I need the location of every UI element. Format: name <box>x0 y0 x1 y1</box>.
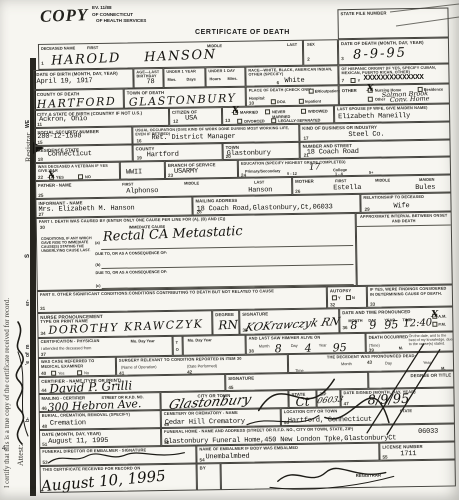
mo-day-year-label-2: Mo. Day Year <box>188 337 212 342</box>
license-number-box: LICENSE NUMBER 55 1711 <box>379 441 455 460</box>
pronounced-year-value: 95 <box>384 318 399 332</box>
education-value: 17 <box>309 162 321 172</box>
nurse-degree-box: DEGREE RN <box>212 310 239 335</box>
hispanic-y-label: Y <box>358 78 361 83</box>
page-title: CERTIFICATE OF DEATH <box>195 29 290 36</box>
nurse-degree-value: RN <box>218 318 238 333</box>
interval-box: APPROXIMATE INTERVAL BETWEEN ONSET AND D… <box>356 211 453 285</box>
race-box: RACE—White, Black, American Indian, Othe… <box>245 65 338 86</box>
autopsy-n-checkbox <box>346 295 351 300</box>
inpatient-checkbox <box>299 99 304 104</box>
field-number-16: 16 <box>136 138 141 143</box>
received-for-record-box: THIS CERTIFICATE RECEIVED FOR RECORD ON … <box>40 464 197 493</box>
referred-yes-checkbox <box>51 371 56 376</box>
burial-box: BURIAL, CREMATION, REMOVAL (Specify) 48 … <box>39 410 161 430</box>
cause-a-value: Rectal CA Metastatic <box>103 224 243 245</box>
veteran-no-label: NO <box>85 174 91 179</box>
date-time-pronounced-box: DATE AND TIME PRONOUNCED 36 MONTH DAY YE… <box>339 306 453 333</box>
cause-a-line <box>101 245 353 250</box>
field-number-6: 6 <box>277 80 280 85</box>
father-last-label: LAST <box>254 179 264 184</box>
field-number-30: 30 <box>40 225 45 230</box>
residence-town-value: Glastonbury <box>227 149 271 158</box>
widowed-label: WIDOWED <box>308 108 328 113</box>
days-label: Days <box>186 76 195 81</box>
cause-of-death-box: PART I. DEATH WAS CAUSED BY (ENTER ONLY … <box>36 213 357 291</box>
due-to-2-label: DUE TO, OR AS A CONSEQUENCE OF: <box>95 269 167 275</box>
nurse-signature-box: SIGNATURE 35 KOKrawczyk RN <box>239 308 339 335</box>
father-first-value: Alphonso <box>126 187 158 196</box>
residence-street-value: 18 Coach Road <box>307 148 359 157</box>
father-last-value: Hanson <box>248 186 272 194</box>
pronounced-time-value: 12:40 <box>403 317 432 329</box>
to-t-label: T <box>176 340 178 345</box>
am-checkbox: X <box>432 314 437 319</box>
field-number-40: 40 <box>41 371 46 376</box>
other-other-checkbox <box>368 97 373 102</box>
field-number-37: 37 <box>41 352 46 357</box>
cause-b-label: (b) <box>95 262 100 267</box>
field-number-34: 34 <box>40 331 45 336</box>
other-label: OTHER <box>342 88 357 93</box>
first-label: FIRST <box>87 45 98 50</box>
doa-label: DOA <box>277 99 286 104</box>
veteran-yes-label: YES <box>56 175 64 180</box>
cause-b-line <box>101 264 353 269</box>
part1-label: PART I. DEATH WAS CAUSED BY (ENTER ONLY … <box>39 215 353 225</box>
widowed-checkbox <box>301 109 306 114</box>
field-number-25: 25 <box>38 193 43 198</box>
field-number-54: 54 <box>199 457 204 462</box>
divorced-checkbox <box>237 119 242 124</box>
informant-box: INFORMANT - NAME 27 Mrs. Elizabeth M. Ha… <box>35 197 192 218</box>
informant-mailing-value: 18 Coach Road,Glastonbury,Ct,06033 <box>196 203 332 213</box>
margin-mark-6: 'e <box>25 361 31 365</box>
pm-label: P.M. <box>438 322 446 327</box>
to-column: T O <box>173 336 183 356</box>
residence-state-box: RESIDENCE STATE 18 Connecticut <box>35 144 133 163</box>
informant-value: Mrs. Elizabeth M. Hanson <box>38 204 134 214</box>
disposition-date-label: DATE (MONTH, DAY, YEAR) <box>42 430 158 437</box>
conditions-label: CONDITIONS, IF ANY WHICH GAVE RISE TO IM… <box>41 236 93 253</box>
due-to-1-label: DUE TO, OR AS A CONSEQUENCE OF: <box>95 250 167 256</box>
nursing-home-x-mark: X <box>367 84 374 94</box>
received-by-box: BY <box>197 463 221 490</box>
autopsy-n-label: N <box>352 295 355 300</box>
under-1-day-box: UNDER 1 DAY Hours Mins. <box>205 67 245 88</box>
autopsy-y-checkbox <box>332 295 337 300</box>
residence-county-value: Hartford <box>147 151 179 160</box>
education-label: EDUCATION (Specify highest grade complet… <box>241 159 448 167</box>
mother-maiden-label: MAIDEN <box>419 177 434 182</box>
embalmer-value: Unembalmbed <box>205 453 249 462</box>
father-name-label: FATHER - NAME <box>38 182 71 188</box>
veteran-yes-checkbox: X <box>49 175 54 180</box>
branch-of-service-value: USARMY <box>174 167 198 175</box>
county-of-death-box: COUNTY OF DEATH HARTFORD <box>34 89 124 110</box>
deceased-name-label: DECEASED NAME <box>41 45 75 51</box>
certifier-signature-scribble <box>226 335 459 439</box>
married-x-mark: X <box>232 106 239 116</box>
field-number-46: 46 <box>42 406 47 411</box>
citizen-of-box: CITIZEN OF 12 USA <box>169 107 222 126</box>
relationship-value: Wife <box>393 202 409 210</box>
branch-of-service-box: BRANCH OF SERVICE 23 USARMY <box>165 160 238 179</box>
father-first-label: FIRST <box>122 181 133 186</box>
referred-to-me-label: WAS CASE REFERRED TO MEDICAL EXAMINER <box>41 359 113 370</box>
field-number-22: 22 <box>38 175 43 180</box>
conv-home-handwritten: Conv. Home <box>390 94 430 104</box>
date-of-birth-label: DATE OF BIRTH (Month, Day, Year) <box>36 70 130 77</box>
revision-label: EV. 11/88 <box>92 5 112 10</box>
inpatient-label: Inpatient <box>305 99 321 104</box>
other-other-label: Other <box>375 96 385 101</box>
referred-no-label: No <box>84 370 89 375</box>
to-o-label: O <box>176 347 179 352</box>
margin-mark-8: 4, <box>2 446 7 452</box>
referred-no-checkbox <box>77 370 82 375</box>
minutes-label: Mins. <box>227 76 237 81</box>
field-number-18: 18 <box>38 157 43 162</box>
part2-label: PART II. OTHER SIGNIFICANT CONDITIONS:CO… <box>40 288 324 297</box>
registrar-signature-scribble <box>266 463 406 491</box>
grade-0-12-label: 0 - 12 <box>287 171 297 176</box>
married-checkbox: X <box>233 110 238 115</box>
divorced-label: DIVORCED <box>244 118 265 123</box>
last-spouse-label: LAST SPOUSE (if wife, give maiden name) <box>337 106 447 112</box>
sex-box: SEX 2 <box>303 39 338 66</box>
operation-name-label: (Name of Operation) <box>121 364 157 370</box>
town-of-death-box: TOWN OF DEATH GLASTONBURY <box>124 87 246 109</box>
under-1-year-label: UNDER 1 YEAR <box>166 69 202 74</box>
nurse-degree-label: DEGREE <box>215 312 236 317</box>
er-outpatient-checkbox <box>309 89 314 94</box>
er-outpatient-label: ER/outpatient <box>315 88 340 93</box>
field-number-3: 3 <box>341 56 344 61</box>
field-number-33: 33 <box>370 302 375 307</box>
margin-mark-2: S <box>25 254 31 258</box>
am-label: A.M. <box>438 314 446 319</box>
pronounced-day-value: 9 <box>369 319 377 332</box>
margin-mark-4: m <box>25 345 31 349</box>
last-spouse-box: LAST SPOUSE (if wife, give maiden name) … <box>334 103 450 123</box>
nursing-home-checkbox: X <box>368 88 373 93</box>
cause-c-label: (c) <box>96 283 101 288</box>
war-value: WWII <box>126 168 142 176</box>
age-value: 78 <box>146 78 154 86</box>
certifier-street-box: MAILING - CERTIFIER STREET OR R.F.D. NO.… <box>38 392 160 412</box>
margin-mark-3: er- <box>25 300 31 306</box>
cause-a-label: (a) <box>95 240 100 245</box>
field-number-1: 1 <box>41 61 44 66</box>
dept-line1: OF CONNECTICUT <box>92 12 133 17</box>
margin-mark-5: of <box>25 352 31 357</box>
marital-status-box: X MARRIED NEVER MARRIED WIDOWED 13 DIVOR… <box>222 105 334 125</box>
legally-separated-checkbox <box>271 118 276 123</box>
autopsy-label: AUTOPSY <box>330 288 364 294</box>
nurse-signature-value: KOKrawczyk RN <box>244 315 341 334</box>
primary-secondary-label: Primary/Secondary <box>245 168 281 174</box>
industry-value: Steel Co. <box>348 131 384 140</box>
pm-checkbox <box>432 322 437 327</box>
veteran-box: WAS DECEASED A VETERAN IF YES GIVE WAR 2… <box>35 162 120 181</box>
field-number-32: 32 <box>330 302 335 307</box>
mother-maiden-value: Bules <box>415 184 435 192</box>
referred-to-me-box: WAS CASE REFERRED TO MEDICAL EXAMINER 40… <box>38 357 116 377</box>
mother-first-label: FIRST <box>335 178 346 183</box>
field-number-12: 12 <box>173 119 178 124</box>
field-number-55: 55 <box>382 455 387 460</box>
burial-value: Cremation <box>50 419 86 428</box>
grade-5plus-label: 5+ <box>369 170 374 175</box>
residence-state-value: Connecticut <box>48 150 92 159</box>
war-box: WWII <box>120 161 165 180</box>
field-number-23: 23 <box>168 173 173 178</box>
nurse-name-box: NURSE PRONOUNCEMENT TYPE OR PRINT NAME 3… <box>37 310 212 338</box>
field-number-29: 29 <box>365 207 370 212</box>
residence-label: Residence <box>424 87 444 92</box>
deceased-first-name-value: HAROLD <box>51 51 121 69</box>
field-number-13: 13 <box>225 118 230 123</box>
license-number-label: LICENSE NUMBER <box>382 443 452 449</box>
veteran-yes-x-mark: X <box>48 171 55 181</box>
ssn-box: SOCIAL SECURITY NUMBER 15 280-12-1598 <box>34 126 132 146</box>
industry-box: KIND OF BUSINESS OR INDUSTRY 17 Steel Co… <box>299 121 450 141</box>
registrar-signature-box: REGISTRAR <box>221 459 456 490</box>
interval-divider <box>357 224 451 226</box>
hours-label: Hours <box>209 76 220 81</box>
mother-first-value: Estella <box>333 184 361 192</box>
embalmer-label: NAME OF EMBALMER IF BODY WAS EMBALMED <box>199 445 376 452</box>
autopsy-box: AUTOPSY Y N 32 <box>327 286 367 309</box>
field-number-7: 7 <box>342 78 345 83</box>
date-performed-label: (Date Performed) <box>187 363 217 368</box>
field-number-10: 10 <box>249 101 254 106</box>
date-of-death-value: 8-9-95 <box>353 45 407 62</box>
pronounced-month-value: 8 <box>350 319 358 332</box>
veteran-no-checkbox <box>78 174 83 179</box>
field-number-51: 51 <box>42 442 47 447</box>
place-other-box: OTHER X Nursing Home Salmon Brook Reside… <box>339 83 450 105</box>
relationship-box: RELATIONSHIP TO DECEASED 29 Wife <box>360 192 451 212</box>
occupation-value: Ret. District Manager <box>151 133 235 142</box>
place-of-death-box: PLACE OF DEATH (Check One) ER/outpatient… <box>246 85 339 106</box>
field-number-2: 2 <box>307 57 310 62</box>
father-middle-label: MIDDLE <box>184 180 199 185</box>
interval-label: APPROXIMATE INTERVAL BETWEEN ONSET AND D… <box>359 214 449 225</box>
disposition-date-box: DATE (MONTH, DAY, YEAR) 51 August 11, 19… <box>39 428 161 448</box>
field-number-19: 19 <box>137 155 142 160</box>
hispanic-y-checkbox <box>351 78 356 83</box>
field-number-44: 44 <box>41 388 46 393</box>
margin-signature-scribble <box>6 318 32 450</box>
received-by-label: BY <box>200 465 218 470</box>
field-number-31: 31 <box>40 306 45 311</box>
race-value: White <box>284 77 304 85</box>
hispanic-origin-box: OF HISPANIC ORIGIN? (If yes, Specify Cub… <box>338 63 449 85</box>
married-label: MARRIED <box>240 109 258 114</box>
last-spouse-value: Elizabeth Maneilly <box>338 112 410 121</box>
state-file-number-box: STATE FILE NUMBER <box>337 7 448 39</box>
age-box: AGE—Last Birthday 78 <box>133 68 163 88</box>
citizen-of-value: USA <box>185 114 197 122</box>
margin-mark-7: b- <box>25 417 31 422</box>
attended-from-label: I attended the deceased from <box>41 345 92 351</box>
state-file-number-label: STATE FILE NUMBER <box>340 10 445 17</box>
last-label: LAST <box>287 42 297 47</box>
deceased-middle-name-value: HANSON <box>144 47 217 65</box>
under-1-day-label: UNDER 1 DAY <box>208 69 242 74</box>
certification-physician-box: CERTIFICATION - PHYSICIAN Mo. Day Year I… <box>38 336 173 358</box>
informant-mailing-label: MAILING ADDRESS <box>195 196 357 204</box>
relationship-label: RELATIONSHIP TO DECEASED <box>363 195 448 201</box>
autopsy-findings-box: IF YES, Were findings considered in dete… <box>367 284 453 307</box>
date-of-birth-value: April 19, 1917 <box>36 77 92 86</box>
never-married-checkbox <box>265 109 270 114</box>
burial-label: BURIAL, CREMATION, REMOVAL (Specify) <box>42 412 158 419</box>
date-of-death-box: DATE OF DEATH (Month, Day, Year) 3 8-9-9… <box>338 37 449 65</box>
am-x-mark: X <box>431 310 438 320</box>
margin-mark-1: WE <box>25 120 31 128</box>
city-state-of-birth-box: CITY & STATE OF BIRTH (Country if not U.… <box>34 108 169 128</box>
certificate-form: STATE FILE NUMBER DECEASED NAME FIRST MI… <box>31 35 456 494</box>
referred-yes-label: Yes <box>58 371 64 376</box>
license-number-value: 1711 <box>400 450 416 458</box>
residence-checkbox <box>418 87 423 92</box>
copy-stamp: COPY <box>40 5 89 27</box>
mother-label: MOTHER <box>295 179 314 184</box>
autopsy-y-label: Y <box>338 295 341 300</box>
hispanic-strikeout-value: XXXXXXXXXXXXXX <box>363 74 423 83</box>
disposition-date-value: August 11, 1995 <box>48 437 108 446</box>
under-1-year-box: UNDER 1 YEAR Mos. Days <box>163 67 205 88</box>
city-state-of-birth-value: Ackron, Ohio <box>39 115 87 124</box>
doa-checkbox <box>271 99 276 104</box>
field-number-26: 26 <box>295 189 300 194</box>
date-of-birth-box: DATE OF BIRTH (Month, Day, Year) April 1… <box>33 68 133 90</box>
ssn-value: 280-12-1598 <box>37 132 81 141</box>
autopsy-findings-label: IF YES, Were findings considered in dete… <box>370 287 450 297</box>
months-label: Mos. <box>167 77 176 82</box>
field-number-48: 48 <box>42 424 47 429</box>
mother-middle-label: MIDDLE <box>375 177 390 182</box>
dept-line2: OF HEALTH SERVICES <box>96 18 146 23</box>
sex-label: SEX <box>307 42 315 47</box>
residence-county-box: COUNTY 19 Hartford <box>133 143 223 161</box>
field-number-36: 36 <box>342 325 347 330</box>
mo-day-year-label-1: Mo. Day Year <box>131 338 155 343</box>
death-certificate-scan: COPY EV. 11/88 OF CONNECTICUT OF HEALTH … <box>0 0 459 500</box>
legally-separated-label: LEGALLY-SEPARATED <box>278 118 320 124</box>
residence-town-box: TOWN 20 Glastonbury <box>223 142 300 160</box>
field-number-17: 17 <box>303 136 308 141</box>
